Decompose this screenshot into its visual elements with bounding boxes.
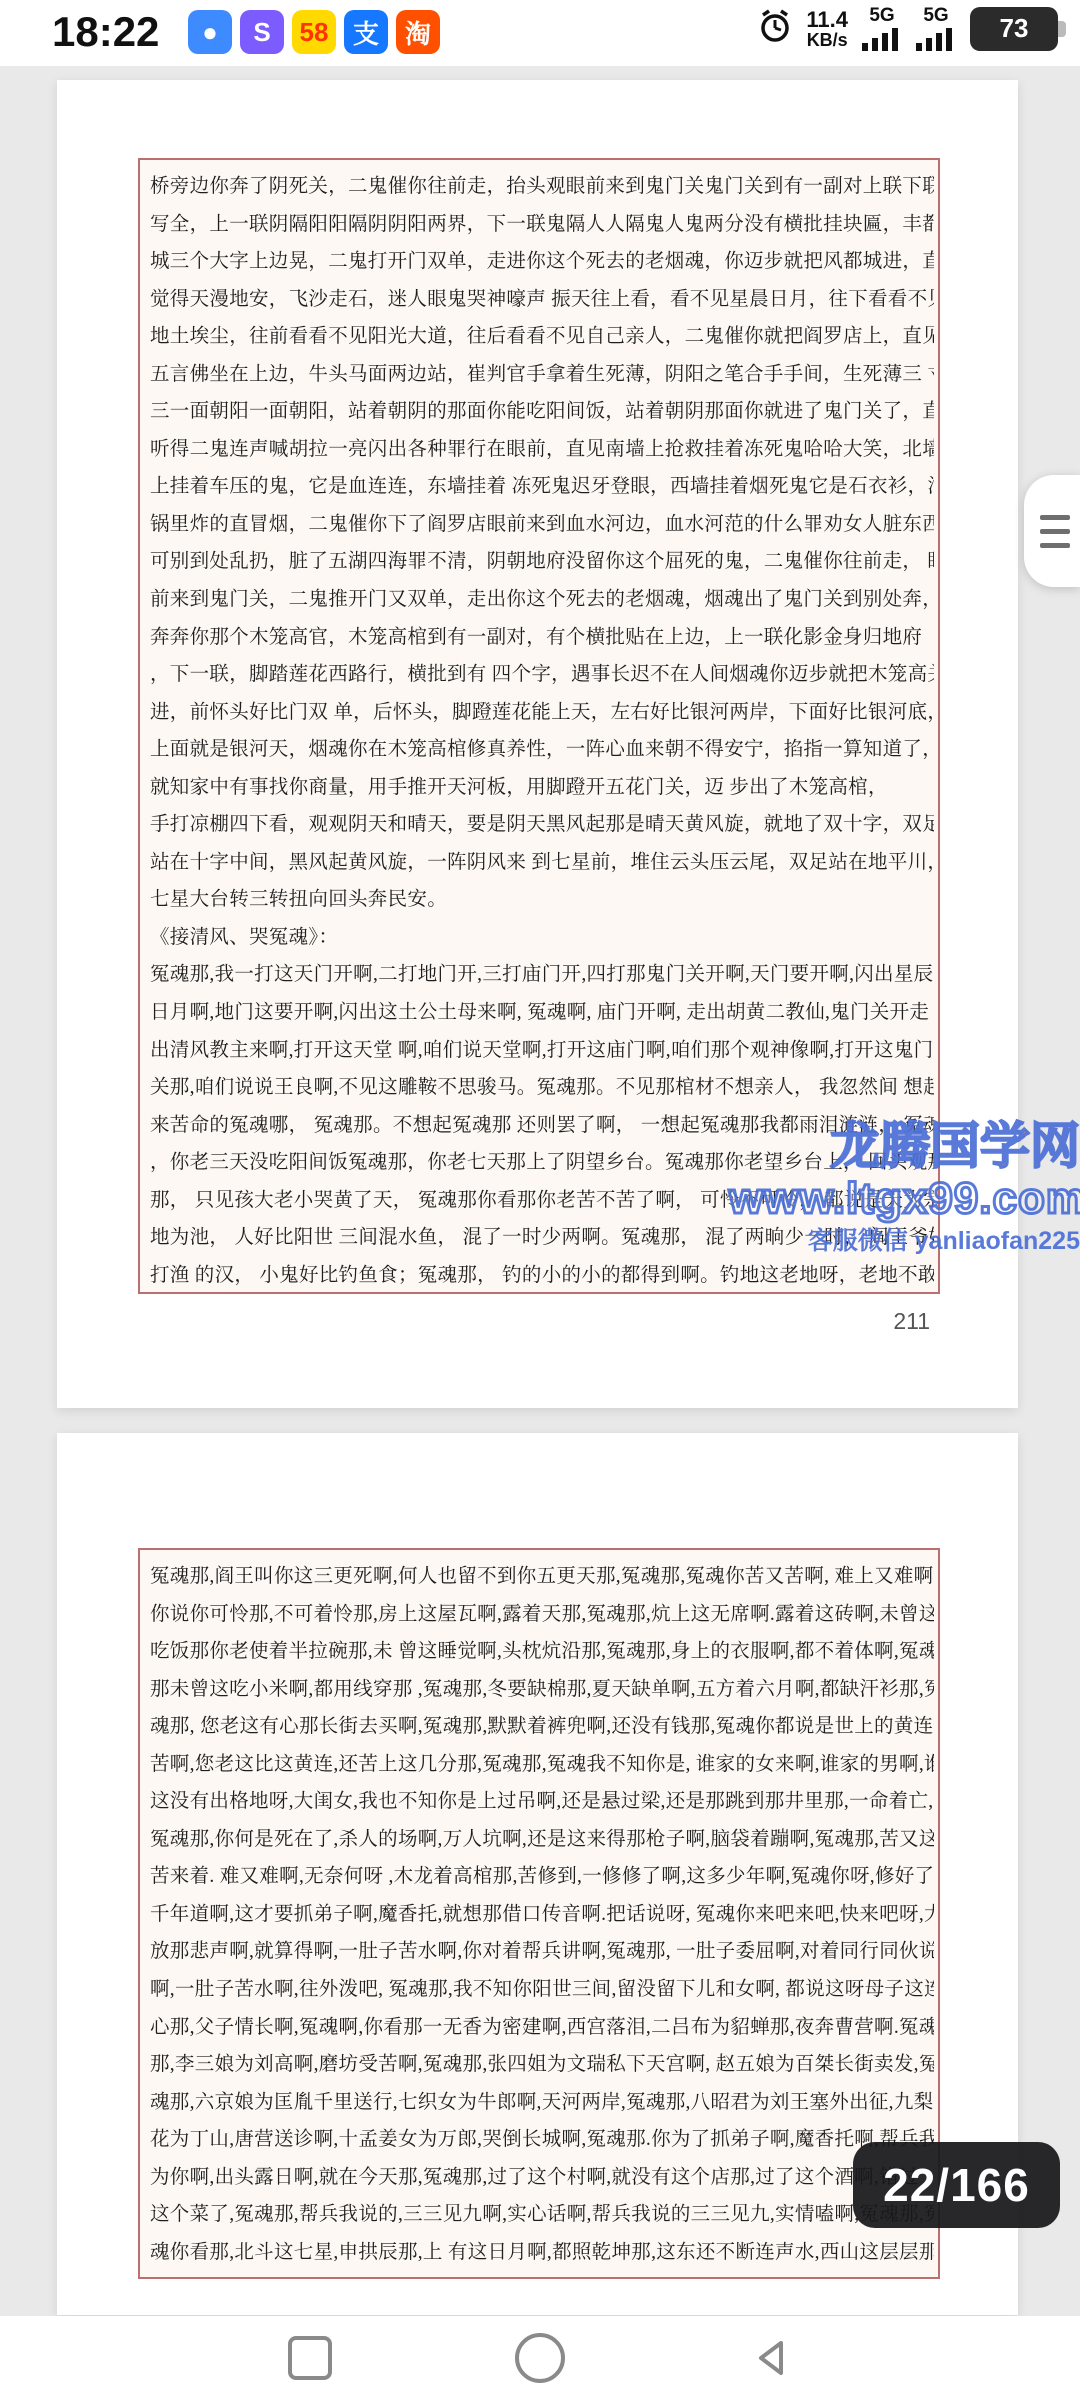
text-line: 奔奔你那个木笼高官，木笼高棺到有一副对，有个横批贴在上边，上一联化影金身归地府 — [150, 619, 934, 657]
text-line: 这没有出格地呀,大闺女,我也不知你是上过吊啊,还是悬过梁,还是那跳到那井里那,一… — [150, 1783, 934, 1821]
home-button[interactable] — [512, 2330, 568, 2386]
text-line: 来苦命的冤魂哪， 冤魂那。不想起冤魂那 还则罢了啊， 一想起冤魂那我都雨泪涟涟，… — [150, 1107, 934, 1145]
text-line: 站在十字中间，黑风起黄风旋，一阵阴风来 到七星前，堆住云头压云尾，双足站在地平川… — [150, 844, 934, 882]
notification-app-icons: ● S 58 支 淘 — [188, 10, 440, 54]
text-line: 魂那, 您老这有心那长街去买啊,冤魂那,默默着裤兜啊,还没有钱那,冤魂你都说是世… — [150, 1708, 934, 1746]
text-line: 花为丁山,唐营送诊啊,十孟姜女为万郎,哭倒长城啊,冤魂那.你为了抓弟子啊,魔香托… — [150, 2121, 934, 2159]
text-line: 你说你可怜那,不可着怜那,房上这屋瓦啊,露着天那,冤魂那,炕上这无席啊.露着这砖… — [150, 1596, 934, 1634]
text-line: 打渔 的汉， 小鬼好比钓鱼食；冤魂那， 钓的小的小的都得到啊。钓地这老地呀，老地… — [150, 1257, 934, 1295]
page1-text-frame: 桥旁边你奔了阴死关，二鬼催你往前走，抬头观眼前来到鬼门关鬼门关到有一副对上联下联… — [138, 158, 940, 1294]
back-triangle-icon — [749, 2335, 795, 2381]
text-line: 三一面朝阳一面朝阳，站着朝阴的那面你能吃阳间饭，站着朝阴那面你就进了鬼门关了，直 — [150, 393, 934, 431]
alipay-app-icon: 支 — [344, 10, 388, 54]
network-speed: 11.4 KB/s — [806, 9, 848, 49]
page2-text-frame: 冤魂那,阎王叫你这三更死啊,何人也留不到你五更天那,冤魂那,冤魂你苦又苦啊, 难… — [138, 1548, 940, 2279]
signal-bars-icon — [862, 27, 902, 51]
android-nav-bar — [0, 2316, 1080, 2400]
text-line: 吃饭那你老使着半拉碗那,未 曾这睡觉啊,头枕炕沿那,冤魂那,身上的衣服啊,都不着… — [150, 1633, 934, 1671]
page-progress-badge: 22/166 — [853, 2142, 1060, 2228]
text-line: 地土埃尘，往前看看不见阳光大道，往后看看不见自己亲人，二鬼催你就把阎罗店上，直见 — [150, 318, 934, 356]
page2-text: 冤魂那,阎王叫你这三更死啊,何人也留不到你五更天那,冤魂那,冤魂你苦又苦啊, 难… — [150, 1558, 934, 2271]
battery-indicator: 73 — [970, 7, 1058, 51]
s-app-icon: S — [240, 10, 284, 54]
text-line: 关那,咱们说说王良啊,不见这雕鞍不思骏马。冤魂那。不见那棺材不想亲人， 我忽然间… — [150, 1069, 934, 1107]
text-line: 可别到处乱扔，脏了五湖四海罪不清，阴朝地府没留你这个屈死的鬼，二鬼催你往前走， … — [150, 543, 934, 581]
text-line: 那未曾这吃小米啊,都用线穿那 ,冤魂那,冬要缺棉那,夏天缺单啊,五方着六月啊,都… — [150, 1671, 934, 1709]
58-app-icon: 58 — [292, 10, 336, 54]
text-line: 觉得天漫地安，飞沙走石，迷人眼鬼哭神嚎声 振天往上看，看不见星晨日月，往下看看不… — [150, 281, 934, 319]
back-button[interactable] — [744, 2330, 800, 2386]
chat-app-icon: ● — [188, 10, 232, 54]
document-page-1[interactable]: 桥旁边你奔了阴死关，二鬼催你往前走，抬头观眼前来到鬼门关鬼门关到有一副对上联下联… — [57, 80, 1018, 1408]
alarm-clock-icon — [758, 9, 792, 48]
text-line: 前来到鬼门关，二鬼推开门又双单，走出你这个死去的老烟魂，烟魂出了鬼门关到别处奔， — [150, 581, 934, 619]
text-line: 地为池， 人好比阳世 三间混水鱼， 混了一时少两啊。冤魂那， 混了两晌少一时， … — [150, 1219, 934, 1257]
text-line: 五言佛坐在上边，牛头马面两边站，崔判官手拿着生死薄，阴阳之笔合手手间，生死薄三 … — [150, 356, 934, 394]
text-line: 《接清风、哭冤魂》： — [150, 919, 934, 957]
text-line: 魂那,六京娘为匡胤千里送行,七织女为牛郎啊,天河两岸,冤魂那,八昭君为刘王塞外出… — [150, 2084, 934, 2122]
battery-tip — [1058, 21, 1066, 37]
text-line: 出清风教主来啊,打开这天堂 啊,咱们说天堂啊,打开这庙门啊,咱们那个观神像啊,打… — [150, 1032, 934, 1070]
page1-text: 桥旁边你奔了阴死关，二鬼催你往前走，抬头观眼前来到鬼门关鬼门关到有一副对上联下联… — [150, 168, 934, 1294]
text-line: 千年道啊,这才要抓弟子啊,魔香托,就想那借口传音啊.把话说呀, 冤魂你来吧来吧,… — [150, 1896, 934, 1934]
text-line: 写全，上一联阴隔阳阳隔阴阴阳两界，下一联鬼隔人人隔鬼人鬼两分没有横批挂块匾，丰都 — [150, 206, 934, 244]
signal-bars-icon — [916, 27, 956, 51]
text-line: 进，前怀头好比门双 单，后怀头，脚蹬莲花能上天，左右好比银河两岸，下面好比银河底… — [150, 694, 934, 732]
status-right-cluster: 11.4 KB/s 5G 5G — [758, 6, 1058, 51]
text-line: 冤魂那,我一打这天门开啊,二打地门开,三打庙门开,四打那鬼门关开啊,天门要开啊,… — [150, 956, 934, 994]
text-line: 冤魂那,你何是死在了,杀人的场啊,万人坑啊,还是这来得那枪子啊,脑袋着蹦啊,冤魂… — [150, 1821, 934, 1859]
status-bar: 18:22 ● S 58 支 淘 11.4 KB/s — [0, 0, 1080, 66]
menu-handle-button[interactable] — [1024, 475, 1080, 587]
text-line: 听得二鬼连声喊胡拉一亮闪出各种罪行在眼前，直见南墙上抢救挂着冻死鬼哈哈大笑，北墙 — [150, 431, 934, 469]
text-line: 心那,父子情长啊,冤魂啊,你看那一无香为密建啊,西宫落泪,二吕布为貂蝉那,夜奔曹… — [150, 2009, 934, 2047]
taobao-app-icon: 淘 — [396, 10, 440, 54]
recents-button[interactable] — [282, 2330, 338, 2386]
text-line: 苦啊,您老这比这黄连,还苦上这几分那,冤魂那,冤魂我不知你是, 谁家的女来啊,谁… — [150, 1746, 934, 1784]
text-line: 上面就是银河天，烟魂你在木笼高棺修真养性，一阵心血来朝不得安宁，掐指一算知道了， — [150, 731, 934, 769]
text-line: 为你啊,出头露日啊,就在今天那,冤魂那,过了这个村啊,就没有这个店那,过了这个酒… — [150, 2159, 934, 2197]
hamburger-icon — [1040, 515, 1070, 520]
text-line: 手打凉棚四下看，观观阴天和晴天，要是阴天黑风起那是晴天黄风旋，就地了双十字，双足 — [150, 806, 934, 844]
text-line: 放那悲声啊,就算得啊,一肚子苦水啊,你对着帮兵讲啊,冤魂那, 一肚子委屈啊,对着… — [150, 1933, 934, 1971]
text-line: 桥旁边你奔了阴死关，二鬼催你往前走，抬头观眼前来到鬼门关鬼门关到有一副对上联下联 — [150, 168, 934, 206]
recents-square-icon — [288, 2336, 332, 2380]
hamburger-icon — [1040, 543, 1070, 548]
status-time: 18:22 — [52, 8, 159, 56]
text-line: 七星大台转三转扭向回头奔民安。 — [150, 881, 934, 919]
text-line: 冤魂那,阎王叫你这三更死啊,何人也留不到你五更天那,冤魂那,冤魂你苦又苦啊, 难… — [150, 1558, 934, 1596]
text-line: 那， 只见孩大老小哭黄了天， 冤魂那你看那你老苦不苦了啊， 可怜不可怜， 都说是… — [150, 1182, 934, 1220]
text-line: ，你老三天没吃阳间饭冤魂那，你老七天那上了阴望乡台。冤魂那你老望乡台上， 回头观… — [150, 1144, 934, 1182]
text-line: 这个菜了,冤魂那,帮兵我说的,三三见九啊,实心话啊,帮兵我说的三三见九,实情嗑啊… — [150, 2196, 934, 2234]
text-line: 苦来着. 难又难啊,无奈何呀 ,木龙着高棺那,苦修到,一修修了啊,这多少年啊,冤… — [150, 1858, 934, 1896]
text-line: 魂你看那,北斗这七星,申拱辰那,上 有这日月啊,都照乾坤那,这东还不断连声水,西… — [150, 2234, 934, 2272]
hamburger-icon — [1040, 529, 1070, 534]
text-line: 就知家中有事找你商量，用手推开天河板，用脚蹬开五花门关，迈 步出了木笼高棺， — [150, 769, 934, 807]
sim2-signal: 5G — [916, 6, 956, 51]
text-line: 上挂着车压的鬼，它是血连连，东墙挂着 冻死鬼迟牙登眼，西墙挂着烟死鬼它是石衣衫，… — [150, 468, 934, 506]
page-number: 211 — [893, 1308, 930, 1335]
text-line: 那,李三娘为刘高啊,磨坊受苦啊,冤魂那,张四姐为文瑞私下天宫啊, 赵五娘为百桀长… — [150, 2046, 934, 2084]
text-line: 锅里炸的直冒烟，二鬼催你下了阎罗店眼前来到血水河边，血水河范的什么罪劝女人脏东西 — [150, 506, 934, 544]
text-line: ，下一联，脚踏莲花西路行，横批到有 四个字，遇事长迟不在人间烟魂你迈步就把木笼高… — [150, 656, 934, 694]
text-line: 日月啊,地门这要开啊,闪出这土公土母来啊, 冤魂啊, 庙门开啊, 走出胡黄二教仙… — [150, 994, 934, 1032]
sim1-signal: 5G — [862, 6, 902, 51]
text-line: 城三个大字上边晃，二鬼打开门双单，走进你这个死去的老烟魂，你迈步就把风都城进，直 — [150, 243, 934, 281]
home-circle-icon — [515, 2333, 565, 2383]
phone-screen: 18:22 ● S 58 支 淘 11.4 KB/s — [0, 0, 1080, 2400]
text-line: 啊,一肚子苦水啊,往外泼吧, 冤魂那,我不知你阳世三间,留没留下儿和女啊, 都说… — [150, 1971, 934, 2009]
